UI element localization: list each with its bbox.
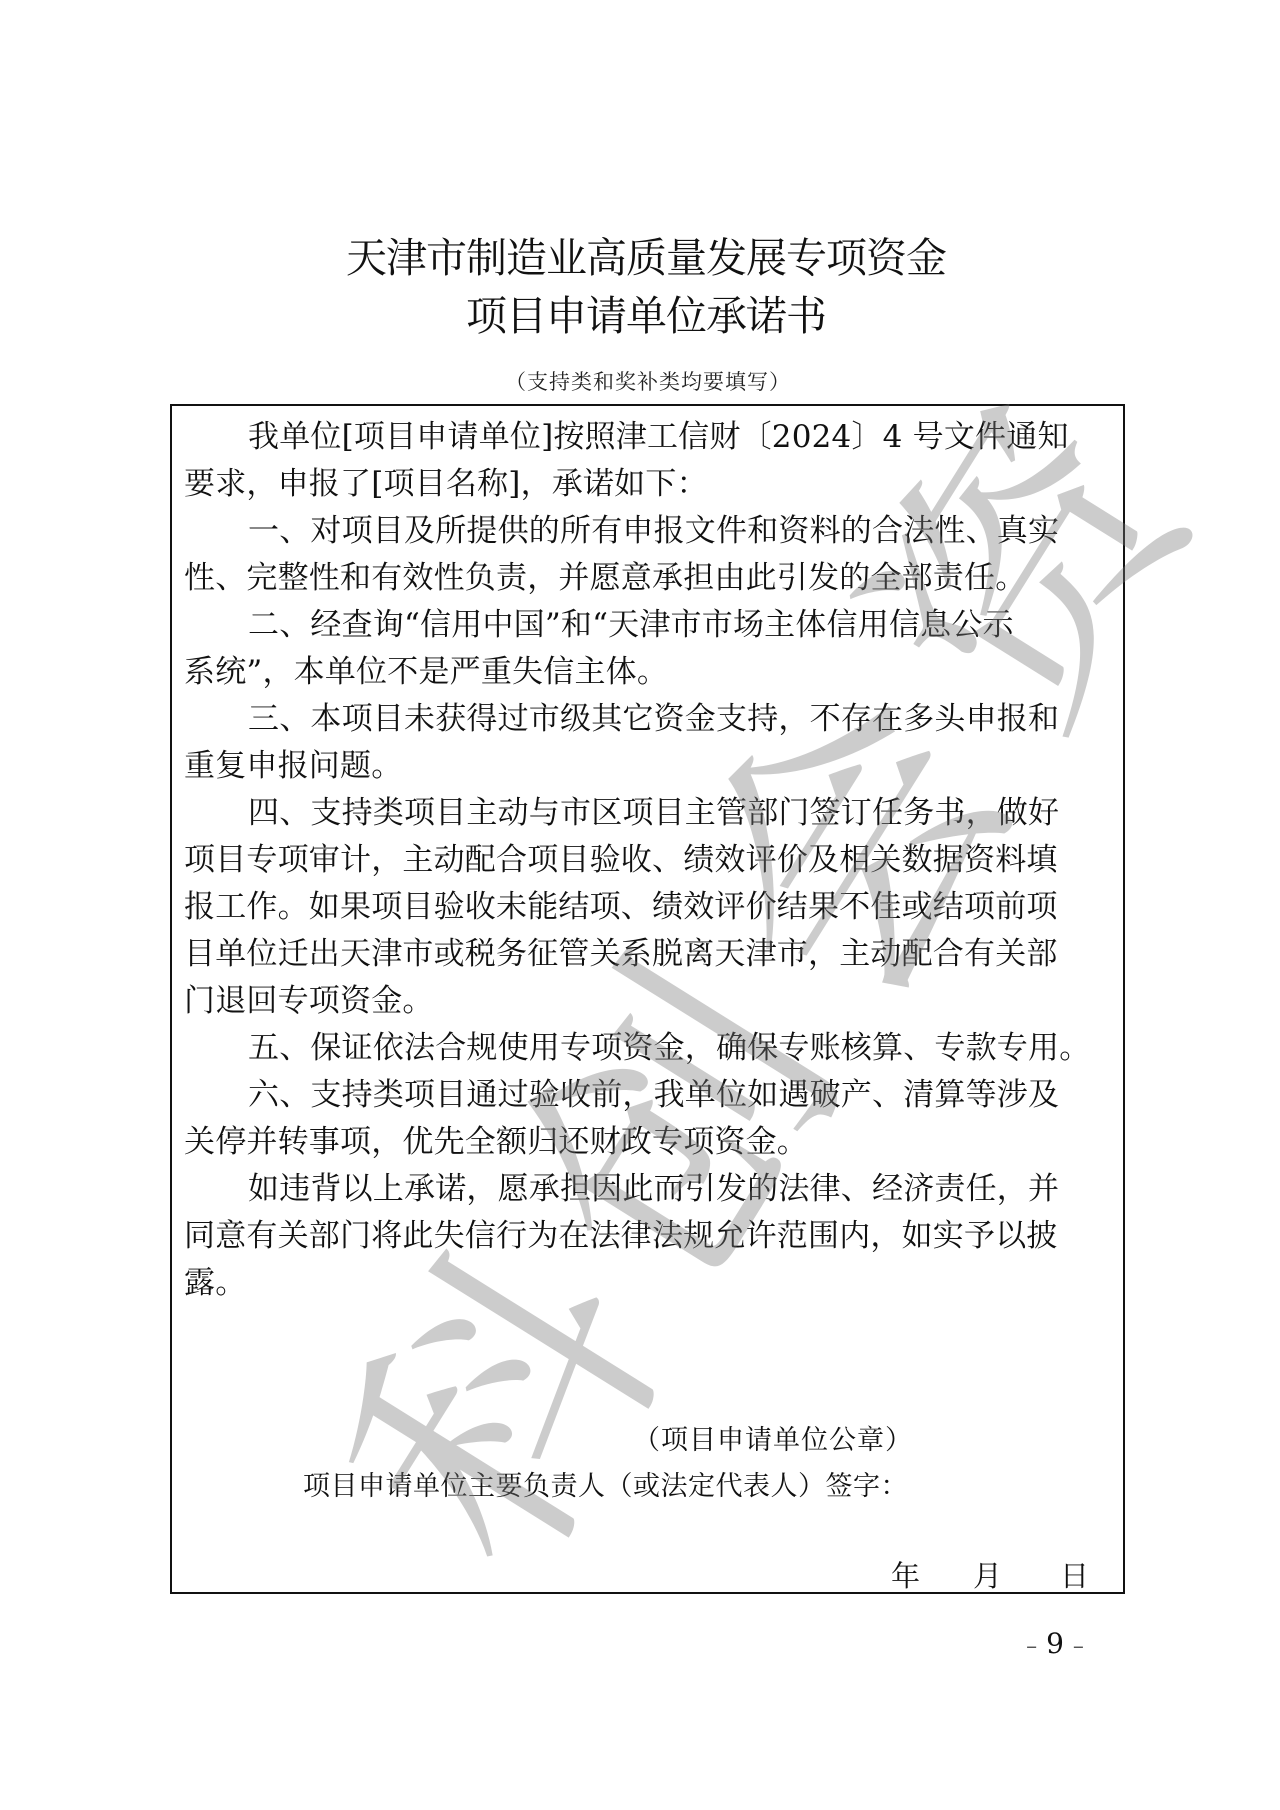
pledge-body-line: 系统”，本单位不是严重失信主体。 xyxy=(184,655,668,689)
pledge-body-line: 二、经查询“信用中国”和“天津市市场主体信用信息公示 xyxy=(248,608,1014,642)
page-content: 天津市制造业高质量发展专项资金 项目申请单位承诺书 （支持类和奖补类均要填写） … xyxy=(0,0,1280,1810)
page-number: – 9 – xyxy=(1010,1628,1100,1663)
page-number-dash-left: – xyxy=(1026,1634,1037,1659)
pledge-body-line: 报工作。如果项目验收未能结项、绩效评价结果不佳或结项前项 xyxy=(184,890,1058,924)
signature-label: 项目申请单位主要负责人（或法定代表人）签字： xyxy=(303,1472,908,1502)
pledge-box: 我单位[项目申请单位]按照津工信财〔2024〕4 号文件通知要求，申报了[项目名… xyxy=(170,404,1125,1594)
document-subtitle: （支持类和奖补类均要填写） xyxy=(8,370,1280,394)
pledge-body-line: 性、完整性和有效性负责，并愿意承担由此引发的全部责任。 xyxy=(184,561,1026,595)
pledge-body-line: 目单位迁出天津市或税务征管关系脱离天津市，主动配合有关部 xyxy=(184,937,1058,971)
pledge-body-line: 六、支持类项目通过验收前，我单位如遇破产、清算等涉及 xyxy=(248,1078,1059,1112)
pledge-body-line: 五、保证依法合规使用专项资金，确保专账核算、专款专用。 xyxy=(248,1031,1090,1065)
pledge-body-line: 三、本项目未获得过市级其它资金支持，不存在多头申报和 xyxy=(248,702,1059,736)
pledge-body-line: 我单位[项目申请单位]按照津工信财〔2024〕4 号文件通知 xyxy=(248,420,1069,454)
pledge-body-line: 要求，申报了[项目名称]，承诺如下： xyxy=(184,467,708,501)
document-title-line-2: 项目申请单位承诺书 xyxy=(6,296,1280,337)
pledge-body-line: 门退回专项资金。 xyxy=(184,984,434,1018)
page-number-dash-right: – xyxy=(1073,1634,1084,1659)
date-year-label: 年 xyxy=(891,1560,920,1592)
pledge-body-line: 如违背以上承诺，愿承担因此而引发的法律、经济责任，并 xyxy=(248,1172,1059,1206)
pledge-body-line: 同意有关部门将此失信行为在法律法规允许范围内，如实予以披 xyxy=(184,1219,1058,1253)
document-page: 天津市制造业高质量发展专项资金 项目申请单位承诺书 （支持类和奖补类均要填写） … xyxy=(0,0,1280,1810)
seal-label: （项目申请单位公章） xyxy=(633,1426,913,1456)
document-title-line-1: 天津市制造业高质量发展专项资金 xyxy=(6,238,1280,279)
pledge-body-line: 关停并转事项，优先全额归还财政专项资金。 xyxy=(184,1125,808,1159)
pledge-body-line: 露。 xyxy=(184,1266,246,1300)
pledge-body-line: 重复申报问题。 xyxy=(184,749,402,783)
pledge-body-line: 一、对项目及所提供的所有申报文件和资料的合法性、真实 xyxy=(248,514,1059,548)
date-month-label: 月 xyxy=(973,1560,1002,1592)
pledge-body-line: 四、支持类项目主动与市区项目主管部门签订任务书，做好 xyxy=(248,796,1059,830)
pledge-body-line: 项目专项审计，主动配合项目验收、绩效评价及相关数据资料填 xyxy=(184,843,1058,877)
page-number-value: 9 xyxy=(1046,1627,1064,1660)
date-day-label: 日 xyxy=(1060,1560,1089,1592)
